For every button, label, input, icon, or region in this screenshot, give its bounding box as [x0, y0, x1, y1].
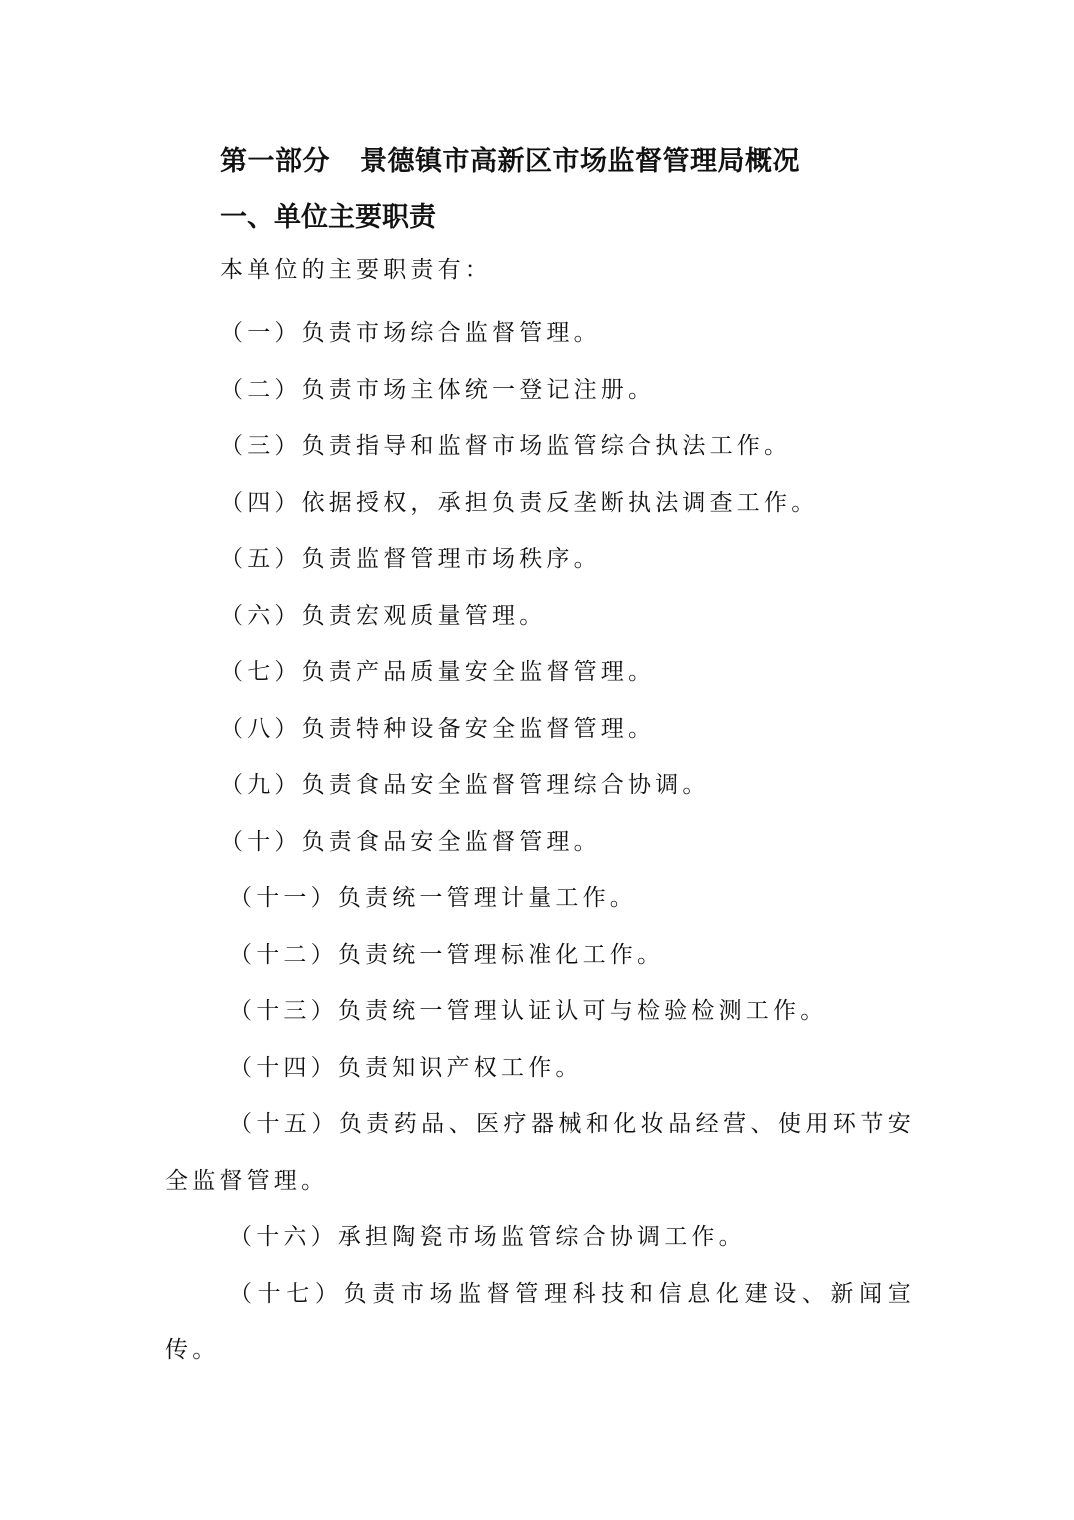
duty-number: （十二） — [229, 942, 338, 968]
document-page: 第一部分景德镇市高新区市场监督管理局概况 一、单位主要职责 本单位的主要职责有：… — [0, 0, 1074, 1520]
duty-text: 承担陶瓷市场监管综合协调工作。 — [338, 1224, 746, 1250]
duty-item: （八）负责特种设备安全监督管理。 — [165, 701, 915, 758]
duty-number: （十七） — [229, 1281, 344, 1307]
duty-item: （九）负责食品安全监督管理综合协调。 — [165, 757, 915, 814]
duty-text: 负责宏观质量管理。 — [302, 603, 547, 629]
duty-item: （十一）负责统一管理计量工作。 — [165, 870, 915, 927]
duty-number: （十） — [220, 829, 302, 855]
duty-number: （九） — [220, 772, 302, 798]
duty-number: （三） — [220, 433, 302, 459]
duty-item: （六）负责宏观质量管理。 — [165, 588, 915, 645]
duty-text: 负责市场主体统一登记注册。 — [302, 377, 656, 403]
duty-item: （十四）负责知识产权工作。 — [165, 1040, 915, 1097]
duty-number: （二） — [220, 377, 302, 403]
section-heading: 一、单位主要职责 — [220, 198, 436, 238]
duty-item: （三）负责指导和监督市场监管综合执法工作。 — [165, 418, 915, 475]
duty-number: （一） — [220, 320, 302, 346]
part-title: 第一部分 — [220, 146, 330, 177]
duty-item: （十五）负责药品、医疗器械和化妆品经营、使用环节安全监督管理。 — [165, 1096, 915, 1209]
duty-text: 负责指导和监督市场监管综合执法工作。 — [302, 433, 792, 459]
duty-item: （十三）负责统一管理认证认可与检验检测工作。 — [165, 983, 915, 1040]
duty-number: （八） — [220, 716, 302, 742]
duty-text: 负责统一管理标准化工作。 — [338, 942, 664, 968]
duty-number: （十三） — [229, 998, 338, 1024]
duty-number: （十五） — [229, 1111, 339, 1137]
duty-item: （十）负责食品安全监督管理。 — [165, 814, 915, 871]
duty-number: （四） — [220, 490, 302, 516]
duty-number: （十一） — [229, 885, 338, 911]
duty-item: （七）负责产品质量安全监督管理。 — [165, 644, 915, 701]
duty-item: （十六）承担陶瓷市场监管综合协调工作。 — [165, 1209, 915, 1266]
duty-text: 依据授权，承担负责反垄断执法调查工作。 — [302, 490, 819, 516]
duty-item: （五）负责监督管理市场秩序。 — [165, 531, 915, 588]
duty-number: （七） — [220, 659, 302, 685]
intro-text: 本单位的主要职责有： — [220, 252, 492, 288]
duty-item: （四）依据授权，承担负责反垄断执法调查工作。 — [165, 475, 915, 532]
duty-number: （十四） — [229, 1055, 338, 1081]
duty-text: 负责统一管理计量工作。 — [338, 885, 637, 911]
duty-number: （十六） — [229, 1224, 338, 1250]
duties-list: （一）负责市场综合监督管理。 （二）负责市场主体统一登记注册。 （三）负责指导和… — [165, 305, 915, 1379]
duty-number: （五） — [220, 546, 302, 572]
duty-item: （一）负责市场综合监督管理。 — [165, 305, 915, 362]
duty-text: 负责市场综合监督管理。 — [302, 320, 601, 346]
duty-item: （十七）负责市场监督管理科技和信息化建设、新闻宣传。 — [165, 1266, 915, 1379]
duty-text: 负责知识产权工作。 — [338, 1055, 583, 1081]
duty-text: 负责食品安全监督管理综合协调。 — [302, 772, 710, 798]
duty-text: 负责特种设备安全监督管理。 — [302, 716, 656, 742]
duty-item: （十二）负责统一管理标准化工作。 — [165, 927, 915, 984]
duty-number: （六） — [220, 603, 302, 629]
org-title: 景德镇市高新区市场监督管理局概况 — [360, 146, 800, 177]
duty-text: 负责监督管理市场秩序。 — [302, 546, 601, 572]
page-title: 第一部分景德镇市高新区市场监督管理局概况 — [220, 142, 800, 182]
duty-text: 负责统一管理认证认可与检验检测工作。 — [338, 998, 828, 1024]
duty-text: 负责产品质量安全监督管理。 — [302, 659, 656, 685]
duty-text: 负责食品安全监督管理。 — [302, 829, 601, 855]
duty-item: （二）负责市场主体统一登记注册。 — [165, 362, 915, 419]
